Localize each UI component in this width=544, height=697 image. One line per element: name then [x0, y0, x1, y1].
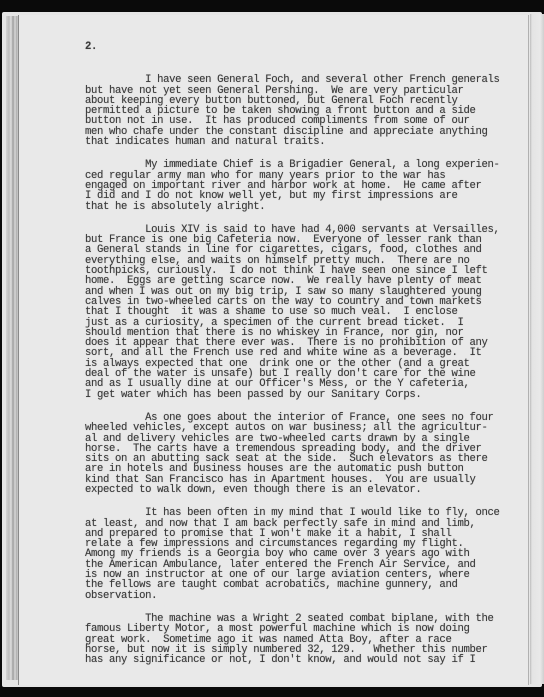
- paragraph-chief: My immediate Chief is a Brigadier Genera…: [85, 160, 525, 211]
- text-line: that indicates human and natural traits.: [85, 137, 525, 147]
- page-stack-left-edge: [6, 16, 18, 680]
- text-line: wheeled vehicles, except autos on war bu…: [85, 423, 525, 433]
- text-line: famous Liberty Motor, a most powerful ma…: [85, 624, 525, 634]
- page-number: 2.: [85, 42, 525, 52]
- paragraph-machine: The machine was a Wright 2 seated combat…: [85, 614, 525, 665]
- text-line: has any significance or not, I don't kno…: [85, 655, 525, 665]
- text-line: that he is absolutely alright.: [85, 202, 525, 212]
- scanned-document-viewer: 2. I have seen General Foch, and several…: [0, 0, 544, 697]
- page-stack-right-edge: [530, 14, 544, 684]
- text-line: I get water which has been passed by our…: [85, 390, 525, 400]
- paragraph-vehicles: As one goes about the interior of France…: [85, 413, 525, 495]
- paragraph-cafeteria: Louis XIV is said to have had 4,000 serv…: [85, 225, 525, 400]
- text-line: observation.: [85, 591, 525, 601]
- text-line: expected to walk down, even though there…: [85, 485, 525, 495]
- text-line: that I thought it was a shame to use so …: [85, 307, 525, 317]
- letter-body: 2. I have seen General Foch, and several…: [85, 42, 525, 678]
- paragraph-flight: It has been often in my mind that I woul…: [85, 508, 525, 601]
- paragraph-foch: I have seen General Foch, and several ot…: [85, 75, 525, 147]
